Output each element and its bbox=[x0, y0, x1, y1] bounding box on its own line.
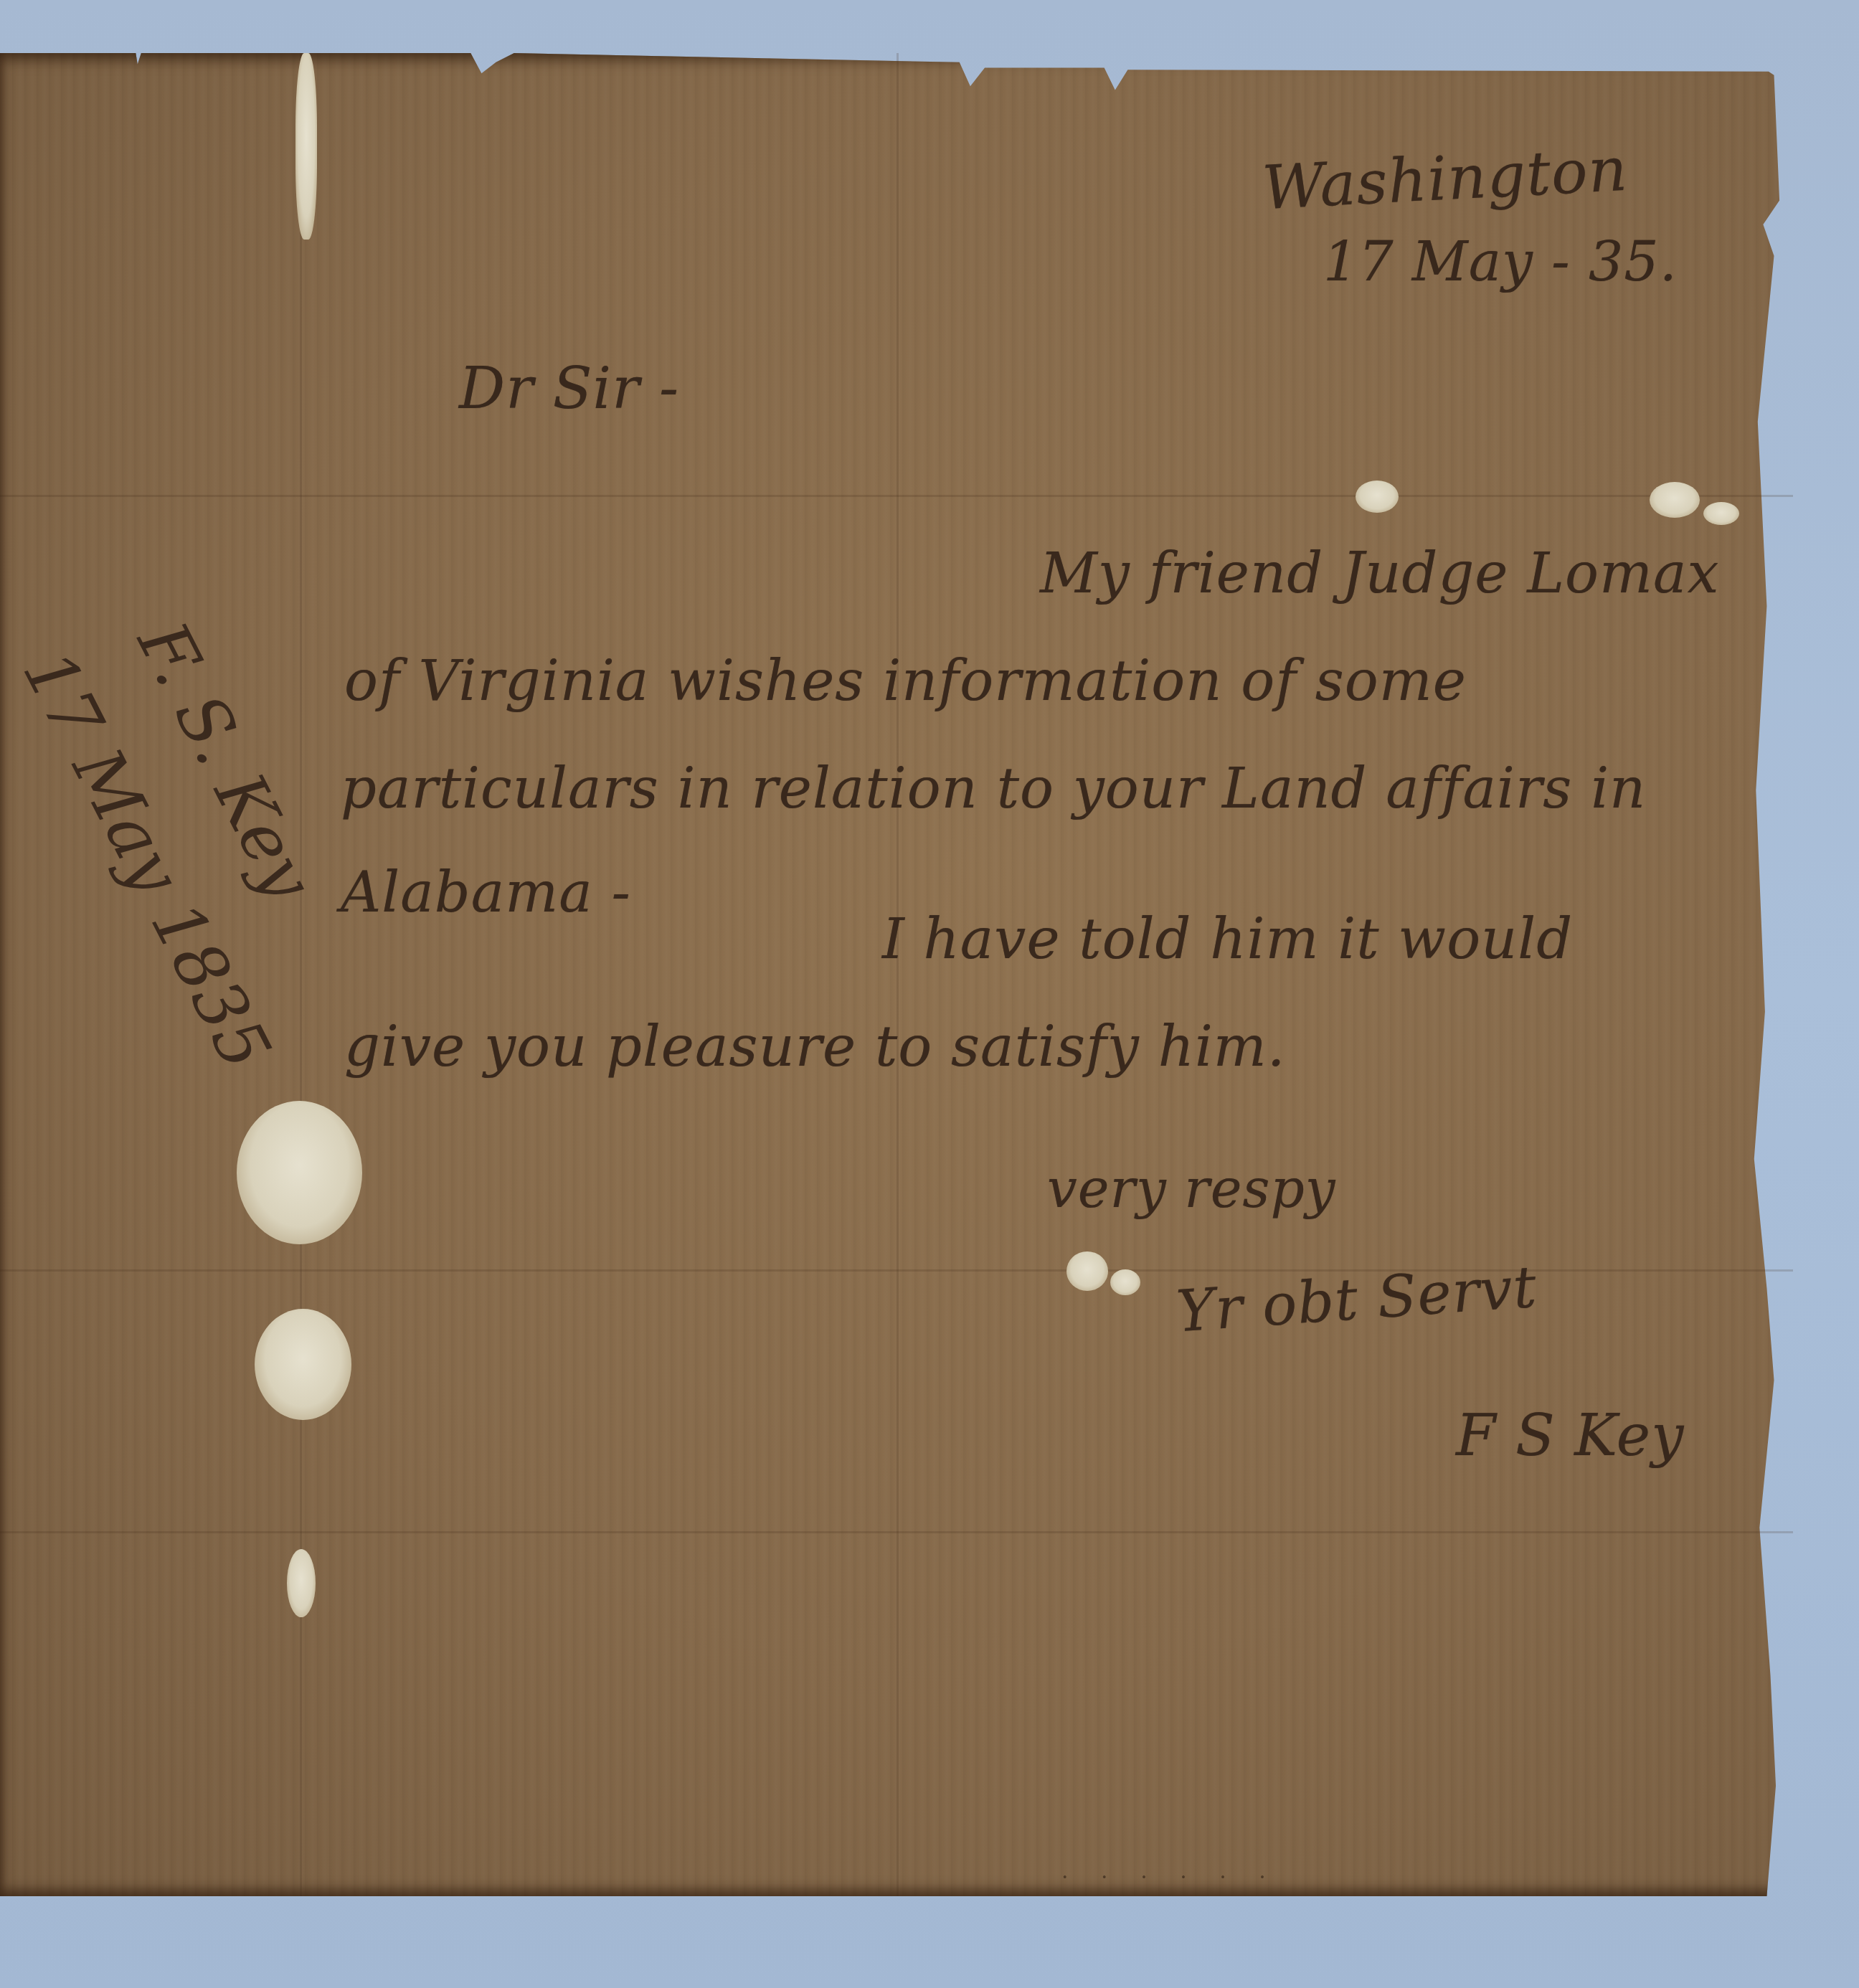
body-line: I have told him it would bbox=[882, 907, 1573, 972]
letter-paper bbox=[0, 53, 1810, 1896]
wax-seal-stain bbox=[237, 1101, 362, 1244]
fold-line-vertical bbox=[300, 53, 302, 1896]
small-stain bbox=[1703, 502, 1739, 525]
wax-seal-stain bbox=[255, 1309, 351, 1420]
body-line: of Virginia wishes information of some bbox=[344, 649, 1467, 714]
fold-line-vertical bbox=[897, 53, 899, 1896]
vertical-stain-streak bbox=[295, 53, 317, 240]
body-line: particulars in relation to your Land aff… bbox=[341, 757, 1646, 821]
salutation: Dr Sir - bbox=[459, 355, 679, 422]
small-stain bbox=[1356, 481, 1399, 513]
small-stain bbox=[1066, 1251, 1108, 1291]
letter-date: 17 May - 35. bbox=[1323, 229, 1678, 293]
wax-drip-stain bbox=[287, 1549, 316, 1617]
body-line: My friend Judge Lomax bbox=[1040, 541, 1719, 606]
small-stain bbox=[1110, 1269, 1140, 1295]
body-line: Alabama - bbox=[341, 861, 631, 925]
body-line: give you pleasure to satisfy him. bbox=[344, 1015, 1286, 1079]
small-stain bbox=[1650, 482, 1700, 518]
signature: F S Key bbox=[1456, 1402, 1684, 1469]
fold-line-horizontal bbox=[0, 1531, 1793, 1533]
fold-line-horizontal bbox=[0, 495, 1793, 497]
bottom-ink-marks: · · · · · · bbox=[1061, 1865, 1279, 1890]
valediction: very respy bbox=[1047, 1158, 1336, 1220]
